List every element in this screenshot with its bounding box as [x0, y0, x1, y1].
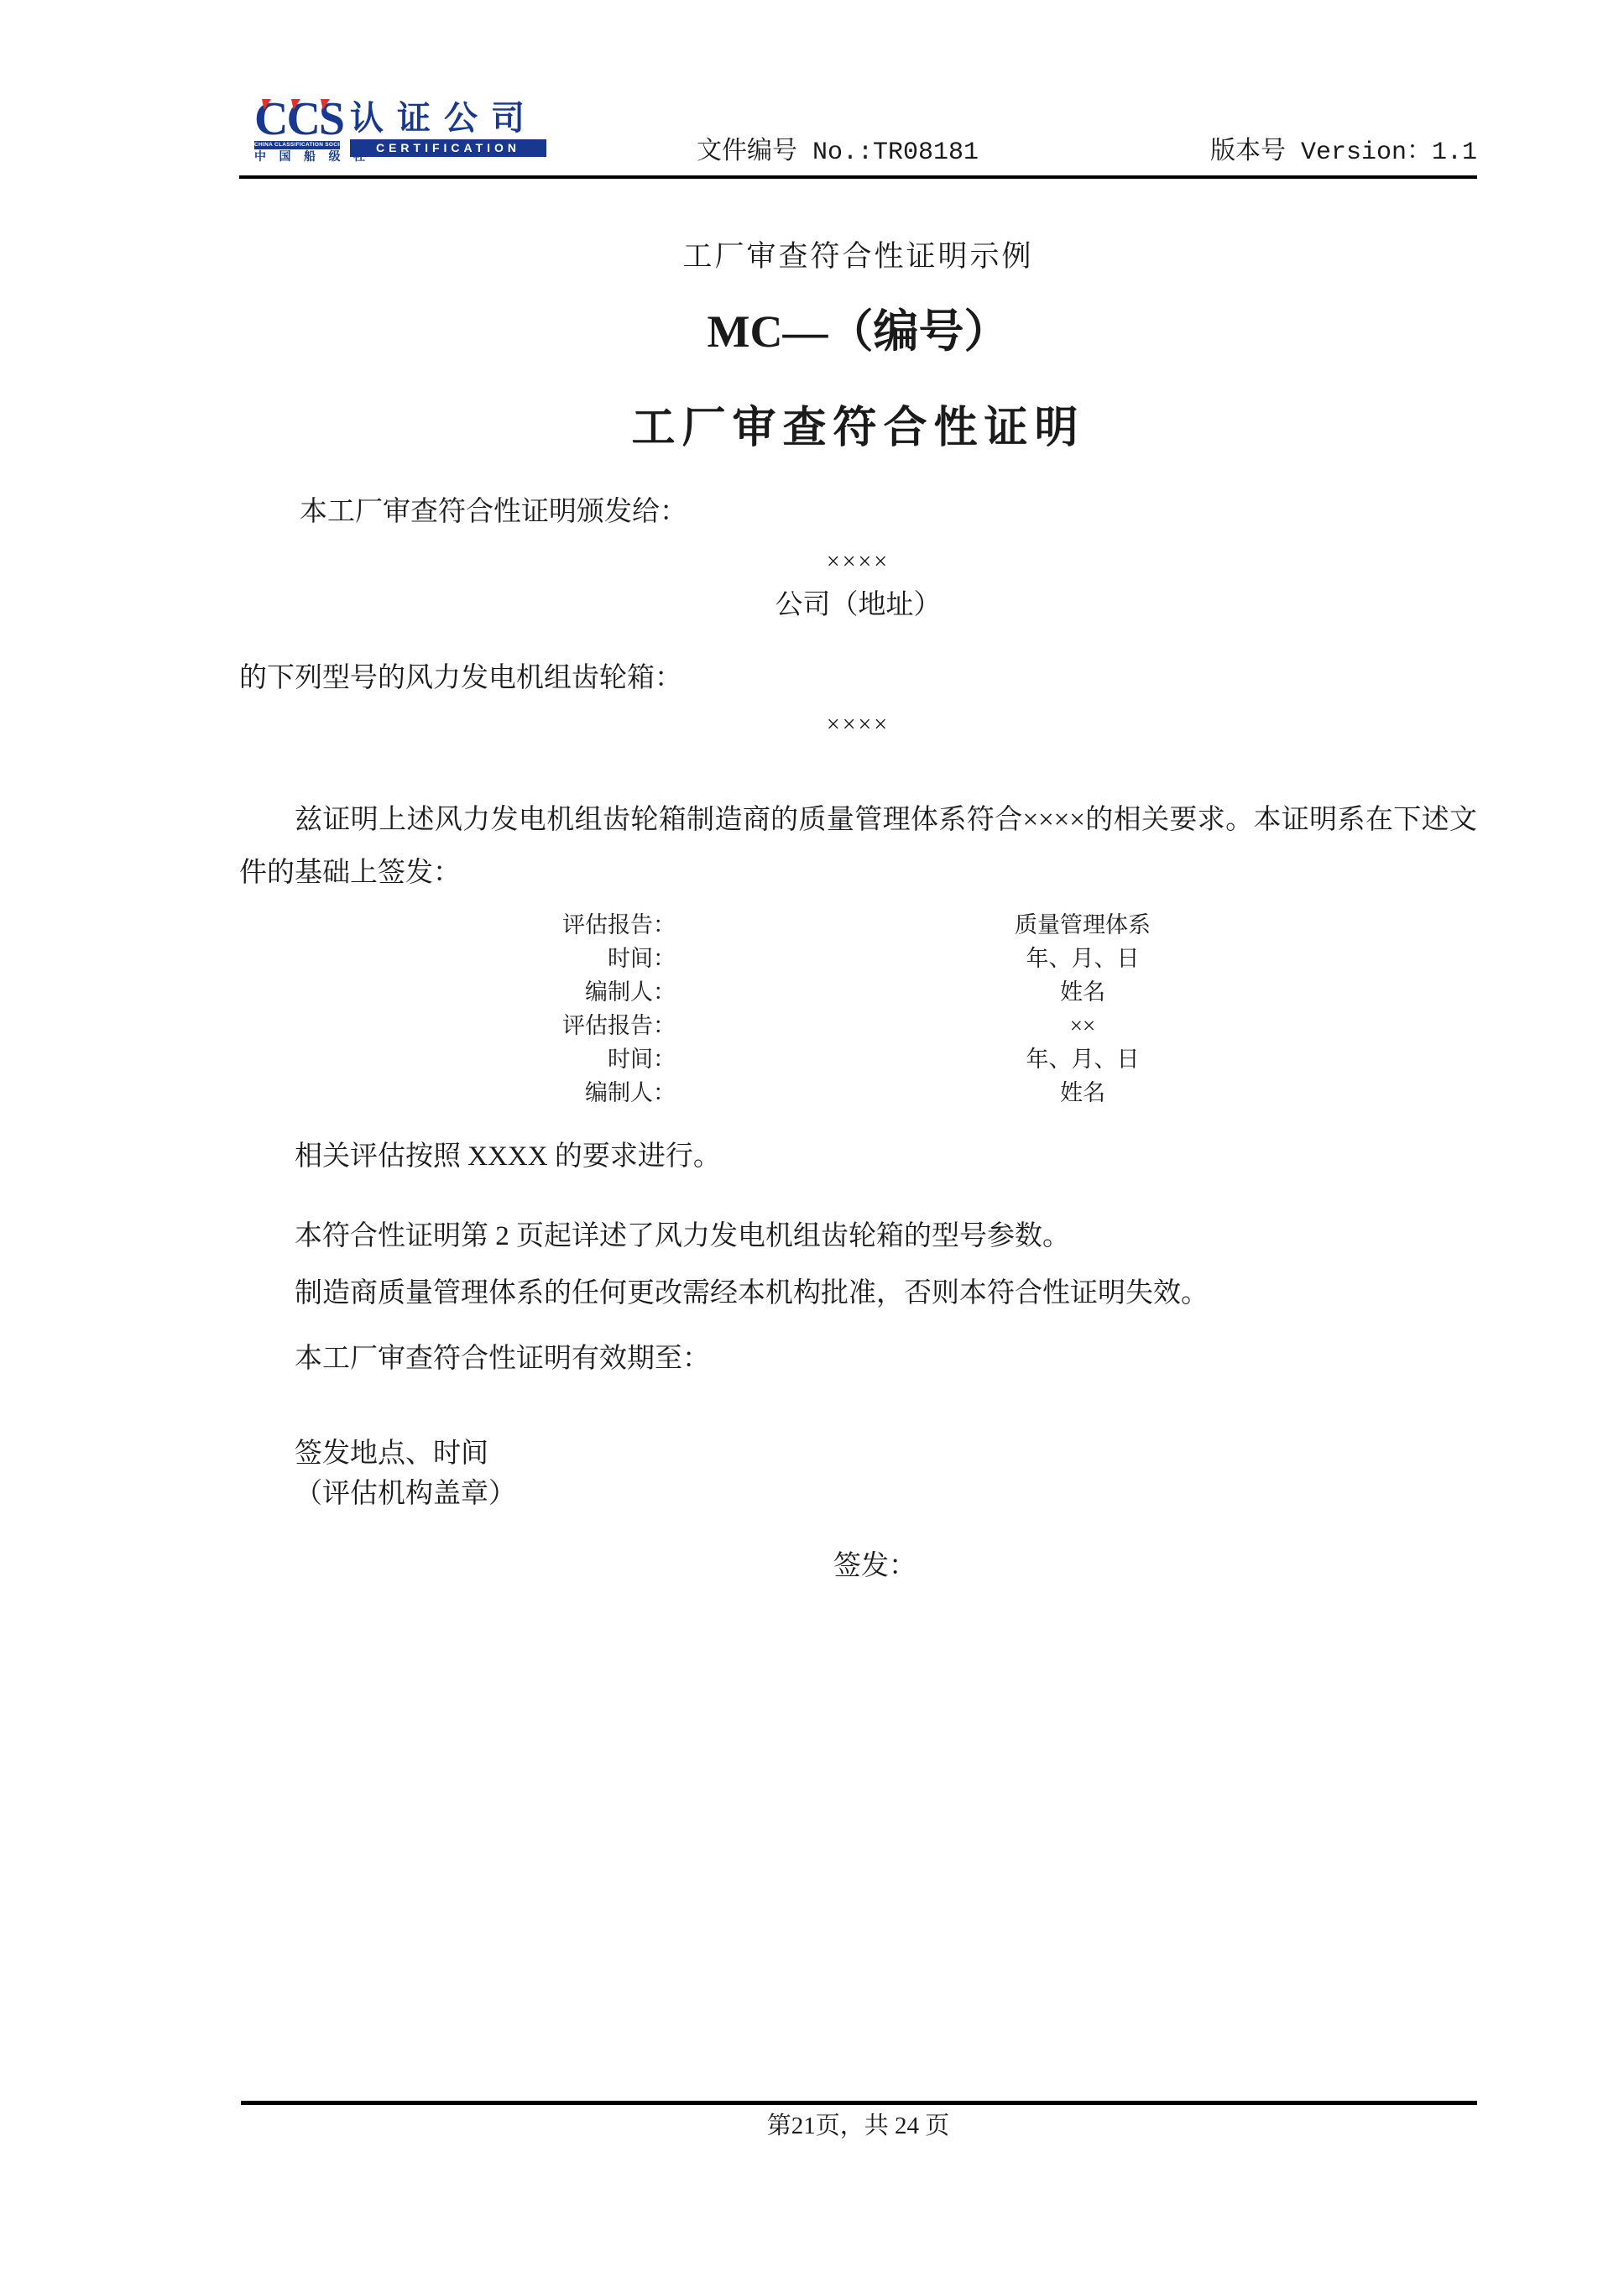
validity-line: 本工厂审查符合性证明有效期至：	[239, 1342, 1477, 1376]
report-label: 评估报告：	[239, 908, 676, 942]
version-number: 版本号 Version：1.1	[1210, 136, 1477, 170]
ccs-wordmark: CCS	[254, 101, 340, 138]
report-row: 时间： 年、月、日	[239, 1042, 1477, 1076]
header-logo: CCS CHINA CLASSIFICATION SOCIETY 中 国 船 级…	[254, 101, 546, 165]
report-value: 年、月、日	[873, 1042, 1292, 1076]
document-page: CCS CHINA CLASSIFICATION SOCIETY 中 国 船 级…	[0, 0, 1624, 2277]
report-label: 时间：	[239, 1042, 676, 1076]
assessment-line: 相关评估按照 XXXX 的要求进行。	[239, 1140, 1477, 1173]
report-row: 时间： 年、月、日	[239, 942, 1477, 975]
society-name-cn: 中 国 船 级 社	[254, 151, 340, 165]
assessment-report-list: 评估报告： 质量管理体系 时间： 年、月、日 编制人： 姓名 评估报告： ×× …	[239, 908, 1477, 1110]
seal-line: （评估机构盖章）	[239, 1477, 1477, 1511]
ccs-logo-right: 认证公司 CERTIFICATION	[350, 101, 546, 165]
report-row: 评估报告： ××	[239, 1009, 1477, 1042]
report-value: 姓名	[873, 1076, 1292, 1110]
main-title: 工厂审查符合性证明	[239, 401, 1477, 457]
change-notice-line: 制造商质量管理体系的任何更改需经本机构批准，否则本符合性证明失效。	[239, 1277, 1477, 1310]
subtitle: 工厂审查符合性证明示例	[239, 240, 1477, 274]
report-value: 年、月、日	[873, 942, 1292, 975]
gearbox-models-line: 的下列型号的风力发电机组齿轮箱：	[239, 661, 1477, 695]
report-row: 编制人： 姓名	[239, 1076, 1477, 1110]
certificate-number-title: MC—（编号）	[239, 306, 1477, 358]
report-label: 编制人：	[239, 1076, 676, 1110]
statement-paragraph: 兹证明上述风力发电机组齿轮箱制造商的质量管理体系符合××××的相关要求。本证明系…	[239, 794, 1477, 900]
report-row: 评估报告： 质量管理体系	[239, 908, 1477, 942]
report-label: 编制人：	[239, 975, 676, 1009]
report-value: 姓名	[873, 975, 1292, 1009]
report-label: 评估报告：	[239, 1009, 676, 1042]
report-value: 质量管理体系	[873, 908, 1292, 942]
issue-place-line: 签发地点、时间	[239, 1437, 1477, 1470]
doc-number: 文件编号 No.:TR08181	[697, 136, 979, 170]
model-placeholder: ××××	[239, 708, 1477, 742]
certification-bar: CERTIFICATION	[350, 139, 546, 157]
sign-label: 签发：	[833, 1549, 916, 1583]
footer-rule	[241, 2101, 1477, 2105]
detail-line: 本符合性证明第 2 页起详述了风力发电机组齿轮箱的型号参数。	[239, 1219, 1477, 1253]
report-label: 时间：	[239, 942, 676, 975]
ccs-logo-left: CCS CHINA CLASSIFICATION SOCIETY 中 国 船 级…	[254, 101, 340, 165]
header-fields: 文件编号 No.:TR08181 版本号 Version：1.1	[697, 136, 1477, 170]
certification-cn: 认证公司	[350, 101, 546, 136]
company-address-line: 公司（地址）	[239, 588, 1477, 622]
company-placeholder: ××××	[239, 546, 1477, 579]
page-number: 第21页，共 24 页	[239, 2110, 1477, 2142]
report-value: ××	[873, 1009, 1292, 1042]
issued-to-line: 本工厂审查符合性证明颁发给：	[239, 495, 1477, 529]
header-rule	[239, 175, 1477, 179]
report-row: 编制人： 姓名	[239, 975, 1477, 1009]
